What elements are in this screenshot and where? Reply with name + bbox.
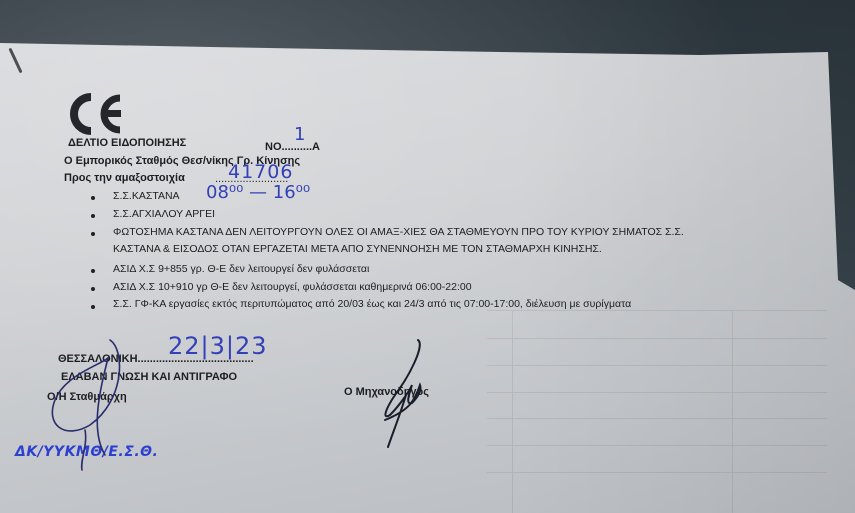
handwritten-hours: 08⁰⁰ — 16⁰⁰: [206, 182, 310, 203]
bullet: [91, 196, 95, 200]
driver-signature: [370, 335, 450, 455]
station-master-signature: [30, 330, 150, 480]
bullet: [91, 287, 95, 291]
bullet: [91, 214, 95, 218]
show-through-table: [487, 290, 827, 513]
item-gf-ka-works: Σ.Σ. ΓΦ-ΚΑ εργασίες εκτός περιτυπώματος …: [113, 298, 631, 310]
item-level-crossing-10910: ΑΣΙΔ Χ.Σ 10+910 γρ Θ-Ε δεν λειτουργεί, φ…: [113, 281, 472, 293]
number-label: ΝΟ..........Α: [265, 141, 320, 153]
item-kastana: Σ.Σ.ΚΑΣΤΑΝΑ: [113, 190, 180, 202]
item-photosignal-continuation: ΚΑΣΤΑΝΑ & ΕΙΣΟΔΟΣ ΟΤΑΝ ΕΡΓΑΖΕΤΑΙ ΜΕΤΑ ΑΠ…: [113, 243, 602, 255]
handwritten-train-number: 41706: [228, 161, 293, 183]
ose-logo-icon: [64, 92, 130, 136]
bullet: [91, 232, 95, 236]
bullet: [91, 305, 95, 309]
handwritten-number: 1: [294, 124, 305, 145]
item-photosignal: ΦΩΤΟΣΗΜΑ ΚΑΣΤΑΝΑ ΔΕΝ ΛΕΙΤΟΥΡΓΟΥΝ ΟΛΕΣ ΟΙ…: [113, 226, 684, 238]
bullet: [91, 269, 95, 273]
handwritten-date: 22|3|23: [168, 332, 268, 360]
item-anchialos: Σ.Σ.ΑΓΧΙΑΛΟΥ ΑΡΓΕΙ: [113, 208, 215, 220]
to-label: Προς την αμαξοστοιχία: [64, 172, 185, 184]
document-title: ΔΕΛΤΙΟ ΕΙΔΟΠΟΙΗΣΗΣ: [68, 137, 186, 149]
item-level-crossing-9855: ΑΣΙΔ Χ.Σ 9+855 γρ. Θ-Ε δεν λειτουργεί δε…: [113, 263, 369, 275]
